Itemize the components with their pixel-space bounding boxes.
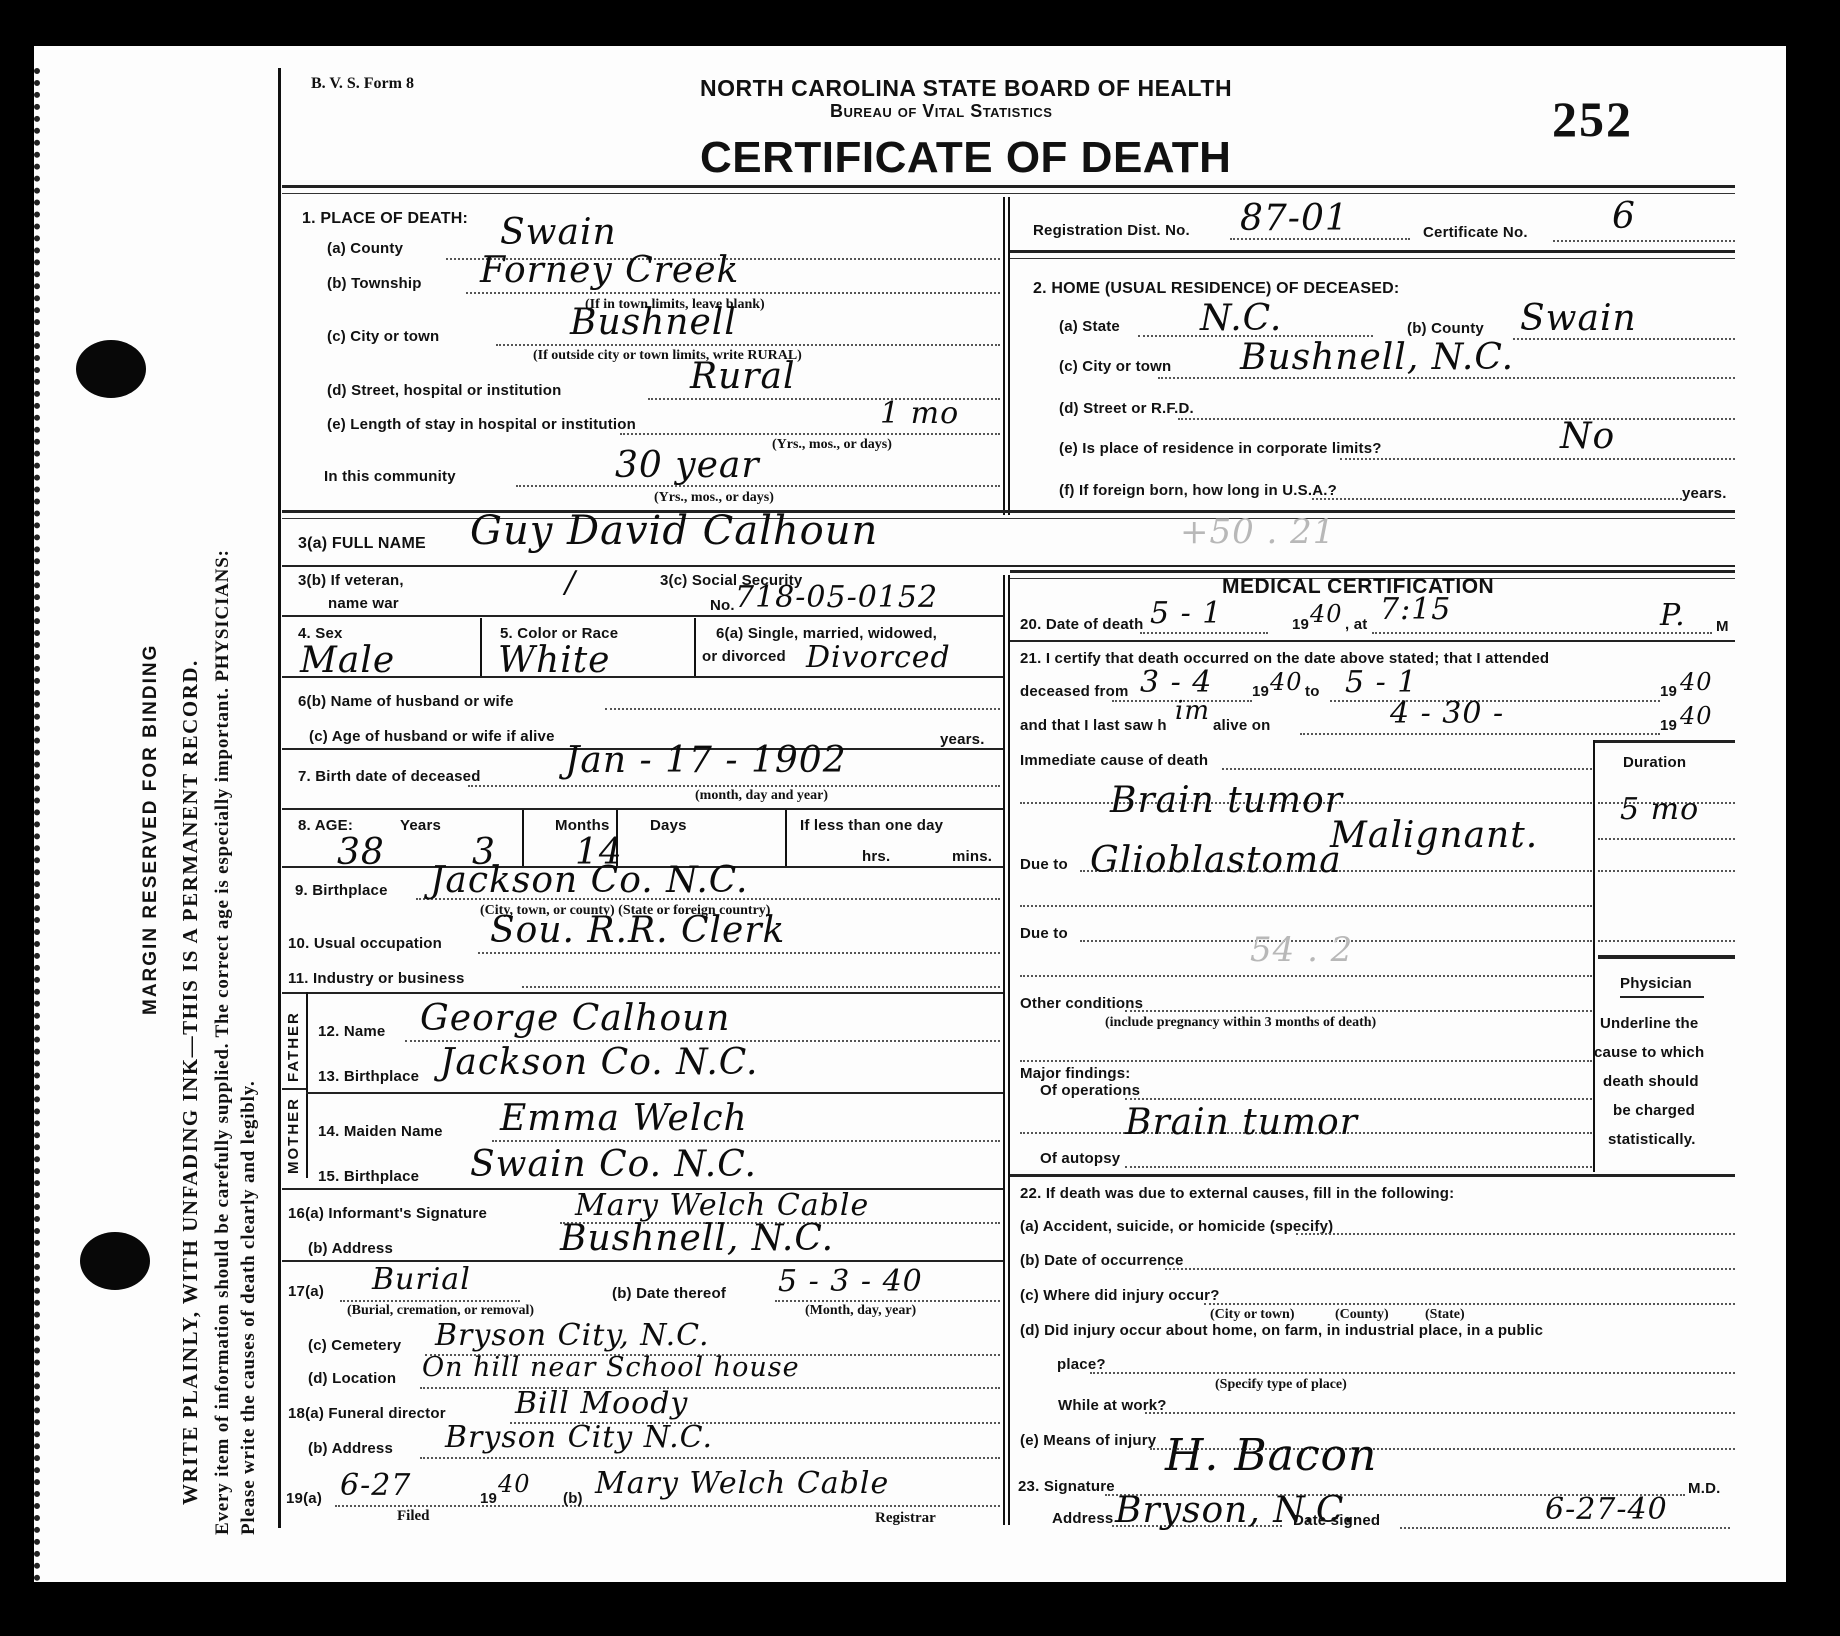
- street-label: (d) Street, hospital or institution: [327, 382, 562, 399]
- death-date-rule: [1010, 640, 1735, 642]
- home-city-label: (c) City or town: [1059, 358, 1171, 375]
- punch-hole-icon: [80, 1232, 150, 1290]
- spouse-age-unit: years.: [940, 731, 985, 748]
- foreign-years-unit: years.: [1682, 485, 1727, 502]
- certificate-no-value[interactable]: 6: [1612, 196, 1636, 237]
- death-at-label: , at: [1345, 616, 1367, 633]
- autopsy-line: [1125, 1166, 1592, 1168]
- external-c-hint-city: (City or town): [1210, 1307, 1295, 1323]
- foreign-line: [1312, 498, 1682, 500]
- birthplace-label: 9. Birthplace: [295, 882, 388, 899]
- burial-date-line: [775, 1300, 1000, 1302]
- birthdate-rule: [282, 808, 1003, 810]
- md-label: M.D.: [1688, 1480, 1720, 1497]
- filed-hint: Filed: [397, 1508, 430, 1525]
- stay-label: (e) Length of stay in hospital or instit…: [327, 416, 636, 433]
- township-line: [466, 292, 1000, 294]
- burial-value[interactable]: Burial: [372, 1262, 471, 1297]
- location-value[interactable]: On hill near School house: [422, 1352, 800, 1383]
- sex-divider: [480, 618, 482, 676]
- home-street-label: (d) Street or R.F.D.: [1059, 400, 1194, 417]
- community-label: In this community: [324, 468, 456, 485]
- cert-line: [1553, 240, 1735, 242]
- filed-date-value[interactable]: 6-27: [340, 1468, 411, 1503]
- physician-signature-value[interactable]: H. Bacon: [1165, 1430, 1377, 1481]
- alive-on-label: alive on: [1213, 717, 1270, 734]
- medical-heading: MEDICAL CERTIFICATION: [1222, 575, 1494, 599]
- registrar-label: (b): [563, 1490, 583, 1507]
- county-label: (a) County: [327, 240, 403, 257]
- social-security-no-label: No.: [710, 597, 735, 614]
- birthdate-label: 7. Birth date of deceased: [298, 768, 481, 785]
- death-city-value[interactable]: Bushnell: [570, 302, 737, 343]
- sex-value[interactable]: Male: [300, 640, 395, 681]
- external-d-hint: (Specify type of place): [1215, 1377, 1347, 1393]
- spouse-age-label: (c) Age of husband or wife if alive: [309, 728, 555, 745]
- funeral-director-label: 18(a) Funeral director: [288, 1405, 446, 1422]
- father-rule: [306, 1092, 1003, 1094]
- external-d-label-2: place?: [1057, 1356, 1106, 1373]
- certificate-paper: [34, 46, 1786, 1582]
- home-street-line: [1178, 418, 1735, 420]
- due-to-2-label: Due to: [1020, 925, 1068, 942]
- to-label: to: [1305, 683, 1320, 700]
- city-label: (c) City or town: [327, 328, 439, 345]
- page-number: 252: [1552, 90, 1633, 148]
- death-street-value[interactable]: Rural: [690, 356, 795, 397]
- filed-label: 19(a): [286, 1490, 322, 1507]
- from-year-value[interactable]: 40: [1270, 668, 1303, 696]
- physician-note-3: death should: [1603, 1073, 1699, 1090]
- due-to-2-annotation: 54 . 2: [1250, 930, 1353, 970]
- father-name-value[interactable]: George Calhoun: [420, 998, 731, 1039]
- place-of-death-heading: 1. PLACE OF DEATH:: [302, 210, 468, 228]
- stay-value[interactable]: 1 mo: [880, 396, 959, 431]
- death-county-value[interactable]: Swain: [500, 212, 617, 253]
- autopsy-value[interactable]: Brain tumor: [1125, 1102, 1358, 1143]
- less-than-day-label: If less than one day: [800, 817, 943, 834]
- external-c-hint-state: (State): [1425, 1307, 1465, 1323]
- physician-note-5: statistically.: [1608, 1131, 1696, 1148]
- external-heading: 22. If death was due to external causes,…: [1020, 1185, 1454, 1202]
- industry-rule: [282, 992, 1003, 994]
- major-findings-label: Major findings:: [1020, 1065, 1131, 1082]
- other-conditions-line: [1125, 1010, 1592, 1012]
- age-divider-1: [522, 810, 524, 866]
- external-b-line: [1165, 1268, 1735, 1270]
- attended-from-value[interactable]: 3 - 4: [1140, 665, 1212, 700]
- father-mother-rule: [282, 1088, 306, 1090]
- veteran-value[interactable]: /: [565, 565, 576, 600]
- spouse-line: [605, 708, 1000, 710]
- external-a-label: (a) Accident, suicide, or homicide (spec…: [1020, 1218, 1333, 1235]
- father-birthplace-label: 13. Birthplace: [318, 1068, 419, 1085]
- margin-binding-text: MARGIN RESERVED FOR BINDING: [140, 644, 162, 1015]
- agency-name: NORTH CAROLINA STATE BOARD OF HEALTH: [700, 75, 1232, 102]
- registration-dist-label: Registration Dist. No.: [1033, 222, 1190, 239]
- margin-every-item: Every item of information should be care…: [212, 549, 234, 1535]
- home-state-value[interactable]: N.C.: [1200, 298, 1282, 339]
- burial-date-value[interactable]: 5 - 3 - 40: [778, 1264, 923, 1299]
- last-saw-year-value[interactable]: 40: [1680, 702, 1713, 730]
- registrar-hint: Registrar: [875, 1510, 936, 1527]
- last-saw-date-value[interactable]: 4 - 30 -: [1390, 696, 1504, 731]
- margin-write-plainly: WRITE PLAINLY, WITH UNFADING INK—THIS IS…: [178, 659, 203, 1505]
- certificate-no-label: Certificate No.: [1423, 224, 1528, 241]
- physician-note-2: cause to which: [1594, 1044, 1704, 1061]
- registration-dist-value[interactable]: 87-01: [1240, 198, 1349, 239]
- funeral-director-value[interactable]: Bill Moody: [515, 1386, 688, 1421]
- filed-line: [335, 1505, 1000, 1507]
- death-date-value[interactable]: 5 - 1: [1150, 596, 1222, 631]
- foreign-born-label: (f) If foreign born, how long in U.S.A.?: [1059, 482, 1337, 499]
- director-address-value[interactable]: Bryson City N.C.: [445, 1420, 713, 1455]
- marital-label-2: or divorced: [702, 648, 786, 665]
- other-conditions-line-2: [1020, 1060, 1592, 1062]
- margin-please-write: Please write the causes of death clearly…: [238, 1080, 260, 1535]
- veteran-label-2: name war: [328, 595, 399, 612]
- attended-to-value[interactable]: 5 - 1: [1345, 665, 1417, 700]
- informant-address-label: (b) Address: [308, 1240, 393, 1257]
- director-address-line: [420, 1457, 1000, 1459]
- to-year-value[interactable]: 40: [1680, 668, 1713, 696]
- center-divider-2: [1008, 197, 1010, 515]
- father-name-label: 12. Name: [318, 1023, 385, 1040]
- center-divider-lower-2: [1008, 575, 1010, 1525]
- duration-bottom-rule: [1598, 955, 1735, 959]
- race-value[interactable]: White: [498, 640, 610, 681]
- physician-note-1: Underline the: [1600, 1015, 1698, 1032]
- informant-address-value[interactable]: Bushnell, N.C.: [560, 1218, 834, 1259]
- death-time-value[interactable]: 7:15: [1380, 592, 1451, 627]
- occupation-label: 10. Usual occupation: [288, 935, 442, 952]
- burial-hint: (Burial, cremation, or removal): [347, 1303, 534, 1319]
- industry-label: 11. Industry or business: [288, 970, 465, 987]
- signature-address-label: Address: [1052, 1510, 1113, 1527]
- name-annotation: +50 . 21: [1180, 512, 1335, 552]
- external-c-hint-county: (County): [1335, 1307, 1389, 1323]
- registrar-value[interactable]: Mary Welch Cable: [595, 1466, 889, 1501]
- operations-line: [1125, 1098, 1592, 1100]
- location-label: (d) Location: [308, 1370, 396, 1387]
- immediate-cause-value[interactable]: Brain tumor: [1110, 780, 1343, 821]
- external-c-label: (c) Where did injury occur?: [1020, 1287, 1220, 1304]
- industry-line: [522, 986, 1000, 988]
- sex-rule: [282, 676, 1003, 678]
- name-rule: [282, 565, 1735, 567]
- form-left-border: [278, 68, 281, 1528]
- bureau-name: Bureau of Vital Statistics: [830, 101, 1052, 122]
- death-township-value[interactable]: Forney Creek: [480, 250, 739, 291]
- filed-year-prefix: 19: [480, 1490, 497, 1507]
- birthdate-hint: (month, day and year): [695, 788, 828, 804]
- death-year-value[interactable]: 40: [1310, 600, 1343, 628]
- death-date-line: [1140, 632, 1268, 634]
- mother-name-value[interactable]: Emma Welch: [500, 1098, 748, 1139]
- duration-line-4: [1598, 940, 1735, 942]
- full-name-label: 3(a) FULL NAME: [298, 535, 426, 553]
- home-heading: 2. HOME (USUAL RESIDENCE) OF DECEASED:: [1033, 280, 1399, 298]
- corporate-line: [1340, 458, 1735, 460]
- due-to-1-value[interactable]: Glioblastoma: [1090, 840, 1342, 881]
- death-year-prefix: 19: [1292, 616, 1309, 633]
- mother-birthplace-label: 15. Birthplace: [318, 1168, 419, 1185]
- community-value[interactable]: 30 year: [615, 445, 760, 486]
- duration-value[interactable]: 5 mo: [1620, 792, 1699, 827]
- autopsy-label: Of autopsy: [1040, 1150, 1120, 1167]
- corporate-limits-value[interactable]: No: [1560, 416, 1615, 457]
- operations-label: Of operations: [1040, 1082, 1140, 1099]
- home-state-label: (a) State: [1059, 318, 1120, 335]
- cemetery-value[interactable]: Bryson City, N.C.: [435, 1318, 710, 1353]
- mother-name-line: [492, 1140, 1000, 1142]
- last-saw-line: [1300, 733, 1660, 735]
- signature-label: 23. Signature: [1018, 1478, 1115, 1495]
- age-years-label: Years: [400, 817, 441, 834]
- burial-date-hint: (Month, day, year): [805, 1303, 916, 1319]
- duration-line-3: [1598, 870, 1735, 872]
- spouse-name-label: 6(b) Name of husband or wife: [298, 693, 514, 710]
- location-line: [420, 1387, 1000, 1389]
- hrs-label: hrs.: [862, 848, 890, 865]
- father-tag: FATHER: [285, 1011, 302, 1082]
- stay-line: [620, 433, 1000, 435]
- last-saw-label: and that I last saw h: [1020, 717, 1167, 734]
- marital-value[interactable]: Divorced: [806, 640, 951, 675]
- birthdate-value[interactable]: Jan - 17 - 1902: [565, 740, 847, 781]
- township-label: (b) Township: [327, 275, 422, 292]
- center-divider: [1003, 197, 1005, 515]
- from-year-prefix: 19: [1252, 683, 1269, 700]
- mother-name-label: 14. Maiden Name: [318, 1123, 443, 1140]
- city-line: [496, 344, 1000, 346]
- due-to-2-line-2: [1020, 975, 1592, 977]
- due-to-1-label: Due to: [1020, 856, 1068, 873]
- due-to-1-line-2: [1020, 905, 1592, 907]
- race-divider: [694, 618, 696, 676]
- social-security-value[interactable]: 718-05-0152: [735, 580, 938, 615]
- mother-tag: MOTHER: [285, 1097, 302, 1174]
- burial-line: [340, 1300, 520, 1302]
- immediate-cause-label: Immediate cause of death: [1020, 752, 1208, 769]
- external-c-line: [1204, 1303, 1735, 1305]
- physician-underline: [1620, 996, 1704, 998]
- parent-tag-divider: [306, 992, 308, 1178]
- duration-line-2: [1598, 838, 1735, 840]
- duration-divider: [1593, 740, 1595, 1172]
- burial-label: 17(a): [288, 1283, 324, 1300]
- home-city-value[interactable]: Bushnell, N.C.: [1240, 337, 1514, 378]
- last-saw-pronoun[interactable]: im: [1175, 696, 1210, 726]
- form-number: B. V. S. Form 8: [311, 75, 414, 93]
- mother-birthplace-value[interactable]: Swain Co. N.C.: [470, 1144, 757, 1185]
- immediate-line-1: [1222, 768, 1592, 770]
- veteran-label: 3(b) If veteran,: [298, 572, 404, 589]
- director-address-label: (b) Address: [308, 1440, 393, 1457]
- occupation-value[interactable]: Sou. R.R. Clerk: [490, 910, 785, 951]
- mins-label: mins.: [952, 848, 992, 865]
- filed-year-value[interactable]: 40: [498, 1470, 531, 1498]
- attended-from-label: deceased from: [1020, 683, 1128, 700]
- external-d-line: [1090, 1372, 1735, 1374]
- duration-top-rule: [1595, 740, 1735, 743]
- external-b-label: (b) Date of occurrence: [1020, 1252, 1184, 1269]
- age-divider-3: [785, 810, 787, 866]
- death-ampm-value[interactable]: P.: [1660, 598, 1686, 633]
- burial-date-label: (b) Date thereof: [612, 1285, 726, 1302]
- center-divider-lower: [1003, 575, 1005, 1525]
- due-to-1-extra[interactable]: Malignant.: [1330, 815, 1538, 856]
- death-date-label: 20. Date of death: [1020, 616, 1143, 633]
- home-county-label: (b) County: [1407, 320, 1484, 337]
- last-saw-year-prefix: 19: [1660, 717, 1677, 734]
- punch-hole-icon: [76, 340, 146, 398]
- while-at-work-line: [1145, 1412, 1735, 1414]
- registration-rule: [1010, 250, 1735, 259]
- home-county-value[interactable]: Swain: [1520, 298, 1637, 339]
- page-title: CERTIFICATE OF DEATH: [700, 133, 1231, 183]
- external-a-line: [1296, 1233, 1735, 1235]
- physician-note-4: be charged: [1613, 1102, 1695, 1119]
- father-birthplace-value[interactable]: Jackson Co. N.C.: [440, 1042, 758, 1083]
- community-hint: (Yrs., mos., or days): [654, 490, 774, 506]
- age-days-label: Days: [650, 817, 687, 834]
- header-rule: [282, 185, 1735, 194]
- cemetery-label: (c) Cemetery: [308, 1337, 401, 1354]
- external-d-label: (d) Did injury occur about home, on farm…: [1020, 1322, 1543, 1339]
- birthdate-line: [468, 785, 1000, 787]
- other-conditions-hint: (include pregnancy within 3 months of de…: [1105, 1015, 1376, 1031]
- birthplace-value[interactable]: Jackson Co. N.C.: [430, 860, 748, 901]
- date-signed-value[interactable]: 6-27-40: [1545, 1492, 1668, 1527]
- date-signed-line: [1400, 1527, 1730, 1529]
- veteran-rule: [282, 615, 1003, 617]
- to-year-prefix: 19: [1660, 683, 1677, 700]
- autopsy-rule: [1010, 1174, 1735, 1177]
- duration-label: Duration: [1623, 754, 1686, 771]
- certify-text: 21. I certify that death occurred on the…: [1020, 650, 1549, 667]
- full-name-value[interactable]: Guy David Calhoun: [470, 508, 878, 554]
- corporate-limits-label: (e) Is place of residence in corporate l…: [1059, 440, 1382, 457]
- physician-heading: Physician: [1620, 975, 1692, 992]
- informant-sig-label: 16(a) Informant's Signature: [288, 1205, 487, 1222]
- occupation-line: [478, 952, 1000, 954]
- death-m-label: M: [1716, 618, 1729, 635]
- stay-hint: (Yrs., mos., or days): [772, 437, 892, 453]
- external-e-label: (e) Means of injury: [1020, 1432, 1156, 1449]
- date-signed-label: Date signed: [1293, 1512, 1380, 1529]
